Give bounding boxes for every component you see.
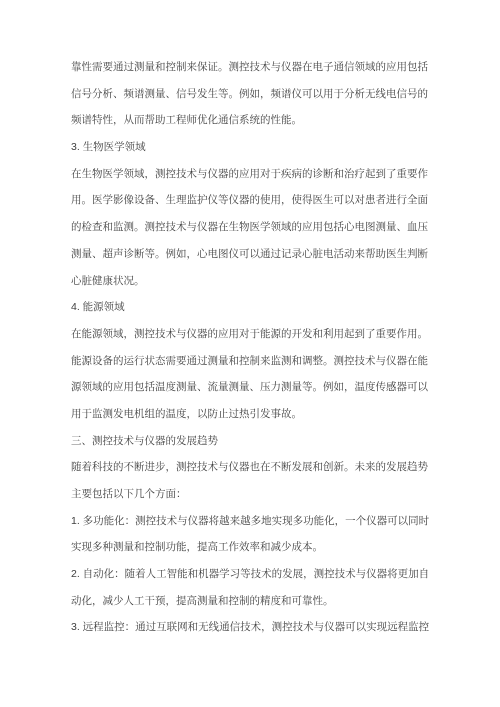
document-text-block: 靠性需要通过测量和控制来保证。测控技术与仪器在电子通信领域的应用包括 信号分析、… xyxy=(71,54,433,641)
list-item: 2. 自动化：随着人工智能和机器学习等技术的发展，测控技术与仪器将更加自 动化，… xyxy=(71,561,433,614)
text-line: 在生物医学领域，测控技术与仪器的应用对于疾病的诊断和治疗起到了重要作 xyxy=(71,161,433,188)
chapter-heading: 三、测控技术与仪器的发展趋势 xyxy=(71,428,433,455)
paragraph: 随着科技的不断进步，测控技术与仪器也在不断发展和创新。未来的发展趋势 主要包括以… xyxy=(71,454,433,507)
paragraph: 靠性需要通过测量和控制来保证。测控技术与仪器在电子通信领域的应用包括 信号分析、… xyxy=(71,54,433,134)
paragraph: 在能源领域，测控技术与仪器的应用对于能源的开发和利用起到了重要作用。 能源设备的… xyxy=(71,321,433,428)
section-heading: 3. 生物医学领域 xyxy=(71,134,433,161)
heading-line: 3. 生物医学领域 xyxy=(71,134,433,161)
text-line: 的检查和监测。测控技术与仪器在生物医学领域的应用包括心电图测量、血压 xyxy=(71,214,433,241)
text-line: 在能源领域，测控技术与仪器的应用对于能源的开发和利用起到了重要作用。 xyxy=(71,321,433,348)
text-line: 源领域的应用包括温度测量、流量测量、压力测量等。例如，温度传感器可以 xyxy=(71,374,433,401)
text-line: 能源设备的运行状态需要通过测量和控制来监测和调整。测控技术与仪器在能 xyxy=(71,348,433,375)
text-line: 测量、超声诊断等。例如，心电图仪可以通过记录心脏电活动来帮助医生判断 xyxy=(71,241,433,268)
text-line: 3. 远程监控：通过互联网和无线通信技术，测控技术与仪器可以实现远程监控 xyxy=(71,614,433,641)
text-line: 频谱特性，从而帮助工程师优化通信系统的性能。 xyxy=(71,107,433,134)
text-line: 主要包括以下几个方面： xyxy=(71,481,433,508)
text-line: 靠性需要通过测量和控制来保证。测控技术与仪器在电子通信领域的应用包括 xyxy=(71,54,433,81)
section-heading: 4. 能源领域 xyxy=(71,294,433,321)
heading-line: 4. 能源领域 xyxy=(71,294,433,321)
text-line: 心脏健康状况。 xyxy=(71,268,433,295)
list-item: 3. 远程监控：通过互联网和无线通信技术，测控技术与仪器可以实现远程监控 xyxy=(71,614,433,641)
heading-line: 三、测控技术与仪器的发展趋势 xyxy=(71,428,433,455)
document-page: 靠性需要通过测量和控制来保证。测控技术与仪器在电子通信领域的应用包括 信号分析、… xyxy=(0,0,500,707)
text-line: 用于监测发电机组的温度，以防止过热引发事故。 xyxy=(71,401,433,428)
text-line: 用。医学影像设备、生理监护仪等仪器的使用，使得医生可以对患者进行全面 xyxy=(71,187,433,214)
paragraph: 在生物医学领域，测控技术与仪器的应用对于疾病的诊断和治疗起到了重要作 用。医学影… xyxy=(71,161,433,294)
text-line: 随着科技的不断进步，测控技术与仪器也在不断发展和创新。未来的发展趋势 xyxy=(71,454,433,481)
text-line: 2. 自动化：随着人工智能和机器学习等技术的发展，测控技术与仪器将更加自 xyxy=(71,561,433,588)
text-line: 动化，减少人工干预，提高测量和控制的精度和可靠性。 xyxy=(71,588,433,615)
text-line: 信号分析、频谱测量、信号发生等。例如，频谱仪可以用于分析无线电信号的 xyxy=(71,81,433,108)
list-item: 1. 多功能化：测控技术与仪器将越来越多地实现多功能化，一个仪器可以同时 实现多… xyxy=(71,508,433,561)
text-line: 实现多种测量和控制功能，提高工作效率和减少成本。 xyxy=(71,534,433,561)
text-line: 1. 多功能化：测控技术与仪器将越来越多地实现多功能化，一个仪器可以同时 xyxy=(71,508,433,535)
